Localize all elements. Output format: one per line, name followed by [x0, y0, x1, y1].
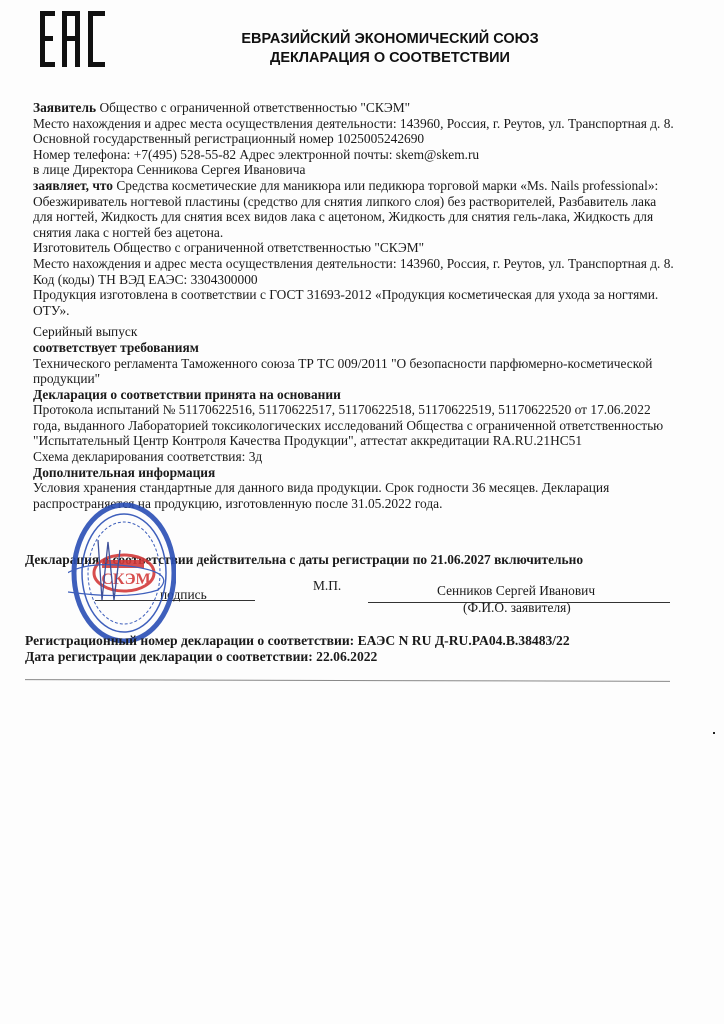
eac-mark-icon: [38, 9, 108, 69]
basis-line-2: "Испытательный Центр Контроля Качества П…: [33, 433, 693, 449]
conforms-line-1: Технического регламента Таможенного союз…: [33, 356, 693, 372]
registration-block: Регистрационный номер декларации о соотв…: [25, 633, 570, 665]
declares-text-2: для ногтей, Жидкость для снятия всех вид…: [33, 209, 693, 225]
basis-label: Декларация о соответствии принята на осн…: [33, 387, 693, 403]
document-body: Заявитель Общество с ограниченной ответс…: [33, 100, 693, 511]
standard-line-1: Продукция изготовлена в соответствии с Г…: [33, 287, 693, 303]
applicant-ogrn: Основной государственный регистрационный…: [33, 131, 693, 147]
applicant-label: Заявитель: [33, 100, 96, 115]
document-header: ЕВРАЗИЙСКИЙ ЭКОНОМИЧЕСКИЙ СОЮЗ ДЕКЛАРАЦИ…: [150, 30, 630, 68]
conforms-line-2: продукции": [33, 371, 693, 387]
serial-release: Серийный выпуск: [33, 324, 693, 340]
declares-text-0: Средства косметические для маникюра или …: [116, 178, 658, 193]
applicant-address: Место нахождения и адрес места осуществл…: [33, 116, 693, 132]
registration-number: Регистрационный номер декларации о соотв…: [25, 633, 570, 649]
company-stamp-icon: СКЭМ: [68, 500, 176, 646]
applicant-line: Заявитель Общество с ограниченной ответс…: [33, 100, 693, 116]
applicant-represented-by: в лице Директора Сенникова Сергея Иванов…: [33, 162, 693, 178]
declares-text-3: снятия лака с ногтей без ацетона.: [33, 225, 693, 241]
registration-date: Дата регистрации декларации о соответств…: [25, 649, 570, 665]
manufacturer-line: Изготовитель Общество с ограниченной отв…: [33, 240, 693, 256]
standard-line-2: ОТУ».: [33, 303, 693, 319]
bottom-divider: [25, 679, 670, 682]
speck: [713, 732, 715, 734]
applicant-name: Общество с ограниченной ответственностью…: [99, 100, 410, 115]
applicant-full-name: Сенников Сергей Иванович: [437, 583, 595, 599]
conforms-label: соответствует требованиям: [33, 340, 693, 356]
basis-line-0: Протокола испытаний № 51170622516, 51170…: [33, 402, 693, 418]
tnved-code: Код (коды) ТН ВЭД ЕАЭС: 3304300000: [33, 272, 693, 288]
declares-label: заявляет, что: [33, 178, 113, 193]
union-title: ЕВРАЗИЙСКИЙ ЭКОНОМИЧЕСКИЙ СОЮЗ: [150, 30, 630, 49]
seal-place-label: М.П.: [313, 578, 341, 594]
declares-text-1: Обезжириватель ногтевой пластины (средст…: [33, 194, 693, 210]
full-name-caption: (Ф.И.О. заявителя): [463, 600, 571, 616]
additional-line-1: Условия хранения стандартные для данного…: [33, 480, 693, 496]
manufacturer-address: Место нахождения и адрес места осуществл…: [33, 256, 693, 272]
basis-line-1: года, выданного Лабораторией токсикологи…: [33, 418, 693, 434]
additional-label: Дополнительная информация: [33, 465, 693, 481]
basis-line-3: Схема декларирования соответствия: 3д: [33, 449, 693, 465]
document-title: ДЕКЛАРАЦИЯ О СООТВЕТСТВИИ: [150, 49, 630, 68]
applicant-contacts: Номер телефона: +7(495) 528-55-82 Адрес …: [33, 147, 693, 163]
declares-line: заявляет, что Средства косметические для…: [33, 178, 693, 194]
stamp-logo-text: СКЭМ: [101, 571, 150, 588]
